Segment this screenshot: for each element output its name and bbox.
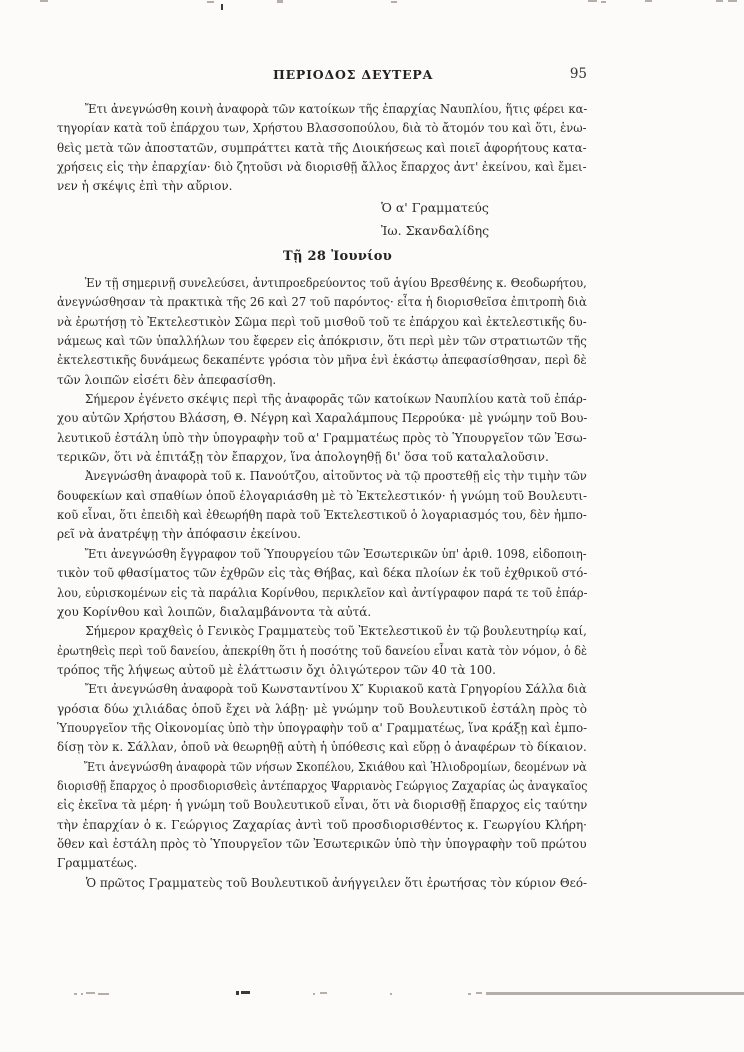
intro-paragraph: Ἔτι ἀνεγνώσθη κοινὴ ἀναφορὰ τῶν κατοίκων… <box>57 100 587 197</box>
text-line: τικὸν τοῦ φθασίματος τῶν ἐχθρῶν εἰς τὰς … <box>57 564 576 583</box>
scan-artifact <box>74 993 77 995</box>
text-line: διορισθῇ ἔπαρχος ὁ προσδιορισθεὶς ἀντέπα… <box>57 777 545 796</box>
text-line: τερικῶν, ὅτι νὰ ἐπιτάξῃ τὸν ἔπαρχον, ἵνα… <box>57 448 587 467</box>
page-number: 95 <box>570 66 587 82</box>
paragraph: Ὁ πρῶτος Γραμματεὺς τοῦ Βουλευτικοῦ ἀνήγ… <box>57 874 587 893</box>
text-line: Γραμματέως. <box>57 854 587 873</box>
scanned-book-page: ΠΕΡΙΟΔΟΣ ΔΕΥΤΕΡΑ 95 Ἔτι ἀνεγνώσθη κοινὴ … <box>0 0 744 1052</box>
scan-artifact <box>476 992 482 994</box>
signature-role: Ὁ α' Γραμματεύς <box>330 197 540 220</box>
text-line: Σήμερον ἐγένετο σκέψις περὶ τῆς ἀναφορᾶς… <box>57 390 570 409</box>
scan-artifact <box>277 0 283 3</box>
text-line: ἐκτελεστικῆς δυνάμεως δεκαπέντε γρόσια τ… <box>57 351 573 370</box>
scan-artifact <box>221 4 223 10</box>
scan-artifact <box>728 0 737 2</box>
paragraph: Σήμερον ἐγένετο σκέψις περὶ τῆς ἀναφορᾶς… <box>57 390 587 467</box>
scan-artifact <box>313 993 315 995</box>
text-line: ἀνεγνώσθησαν τὰ πρακτικὰ τῆς 26 καὶ 27 τ… <box>57 293 568 312</box>
text-line: γρόσια δύω χιλιάδας ὁποῦ ἔχει νὰ λάβῃ· μ… <box>57 700 587 719</box>
text-line: εἰς ἐκεῖνα τὰ μέρη· ἡ γνώμη τοῦ Βουλευτι… <box>57 796 580 815</box>
scan-artifact <box>716 0 723 2</box>
text-line: νεν ἡ σκέψις ἐπὶ τὴν αὔριον. <box>57 177 587 196</box>
text-line: δουφεκίων καὶ σπαθίων ὁποῦ ἐλογαριάσθη μ… <box>57 487 582 506</box>
page-title: ΠΕΡΙΟΔΟΣ ΔΕΥΤΕΡΑ <box>273 67 433 82</box>
paragraph: Ἀνεγνώσθη ἀναφορὰ τοῦ κ. Πανούτζου, αἰτο… <box>57 467 587 544</box>
scan-artifact <box>468 993 471 995</box>
text-line: θεὶς μετὰ τῶν ἀποστατῶν, συμπράττει κατὰ… <box>57 139 580 158</box>
scan-artifact <box>601 1 606 3</box>
scan-artifact <box>391 1 397 3</box>
signature-block: Ὁ α' Γραμματεύς Ἰω. Σκανδαλίδης <box>330 197 540 242</box>
paragraph: Ἔτι ἀνεγνώσθη ἀναφορὰ τοῦ Κωνσταντίνου Χ… <box>57 680 587 757</box>
text-line: Ἀνεγνώσθη ἀναφορὰ τοῦ κ. Πανούτζου, αἰτο… <box>57 467 568 486</box>
session-paragraphs: Ἐν τῇ σημερινῇ συνελεύσει, ἀντιπροεδρεύο… <box>57 274 587 893</box>
text-line: τρόπος τῆς λήψεως αὐτοῦ μὲ ἐλάττωσιν ὄχι… <box>57 661 587 680</box>
text-line: Ὑπουργεῖον τῆς Οἰκονομίας ὑπὸ τὴν ὑπογρα… <box>57 719 573 738</box>
running-head: ΠΕΡΙΟΔΟΣ ΔΕΥΤΕΡΑ 95 <box>57 66 587 84</box>
scan-artifact <box>588 0 597 2</box>
text-line: Ἐν τῇ σημερινῇ συνελεύσει, ἀντιπροεδρεύο… <box>57 274 565 293</box>
text-line: Ὁ πρῶτος Γραμματεὺς τοῦ Βουλευτικοῦ ἀνήγ… <box>57 874 584 893</box>
text-line: δίσῃ τὸν κ. Σάλλαν, ὁποῦ νὰ θεωρηθῇ αὐτὴ… <box>57 738 578 757</box>
scan-artifact <box>98 993 109 995</box>
scan-artifact <box>486 992 744 995</box>
text-line: χου αὐτῶν Χρήστου Βλάσση, Θ. Νέγρη καὶ Χ… <box>57 409 576 428</box>
signature-name: Ἰω. Σκανδαλίδης <box>330 220 540 243</box>
scan-artifact <box>40 0 48 2</box>
paragraph: Σήμερον κραχθεὶς ὁ Γενικὸς Γραμματεὺς το… <box>57 622 587 680</box>
scan-artifact <box>81 993 83 995</box>
text-line: λου, εὑρισκομένων εἰς τὰ παράλια Κορίνθο… <box>57 584 559 603</box>
text-line: νὰ ἐρωτήσῃ τὸ Ἐκτελεστικὸν Σῶμα περὶ τοῦ… <box>57 313 571 332</box>
text-line: Ἔτι ἀνεγνώσθη ἀναφορὰ τοῦ Κωνσταντίνου Χ… <box>57 680 569 699</box>
text-line: Σήμερον κραχθεὶς ὁ Γενικὸς Γραμματεὺς το… <box>57 622 575 641</box>
text-line: χου Κορίνθου καὶ λοιπῶν, διαλαμβάνοντα τ… <box>57 603 587 622</box>
scan-artifact <box>86 992 95 994</box>
text-line: τῶν λοιπῶν εἰσέτι δὲν ἀπεφασίσθη. <box>57 371 587 390</box>
text-line: χρήσεις εἰς τὴν ἐπαρχίαν· διὸ ζητοῦσι νὰ… <box>57 158 571 177</box>
scan-artifact <box>390 993 392 995</box>
scan-artifact <box>645 0 652 2</box>
session-date-heading: Τῇ 28 Ἰουνίου <box>283 249 392 264</box>
text-line: κοῦ εἶναι, ὅτι ἐπειδὴ καὶ ἐθεωρήθη παρὰ … <box>57 506 569 525</box>
scan-artifact <box>207 1 214 3</box>
paragraph: Ἔτι ἀνεγνώσθη ἀναφορὰ τῶν νήσων Σκοπέλου… <box>57 758 587 874</box>
text-line: τηγορίαν κατὰ τοῦ ἐπάρχου των, Χρήστου Β… <box>57 119 564 138</box>
text-line: Ἔτι ἀνεγνώσθη κοινὴ ἀναφορὰ τῶν κατοίκων… <box>57 100 566 119</box>
text-line: ἐρωτηθεὶς περὶ τοῦ δανείου, ἀπεκρίθη ὅτι… <box>57 642 555 661</box>
scan-artifact <box>236 991 239 995</box>
text-line: τὴν ἐπαρχίαν ὁ κ. Γεώργιος Ζαχαρίας ἀντὶ… <box>57 816 587 835</box>
text-line: λευτικοῦ ἐστάλη ὑπὸ τὴν ὑπογραφὴν τοῦ α'… <box>57 429 581 448</box>
scan-artifact <box>241 991 250 994</box>
text-line: νάμεως καὶ τῶν ὑπαλλήλων του ἔφερεν εἰς … <box>57 332 575 351</box>
text-line: ρεῖ νὰ ἀνατρέψῃ τὴν ἀπόφασιν ἐκείνου. <box>57 525 587 544</box>
scan-artifact <box>320 992 327 994</box>
paragraph: Ἐν τῇ σημερινῇ συνελεύσει, ἀντιπροεδρεύο… <box>57 274 587 390</box>
paragraph: Ἔτι ἀνεγνώσθη ἔγγραφον τοῦ Ὑπουργείου τῶ… <box>57 545 587 622</box>
text-line: Ἔτι ἀνεγνώσθη ἔγγραφον τοῦ Ὑπουργείου τῶ… <box>57 545 565 564</box>
text-line: ὅθεν καὶ ἐστάλη πρὸς τὸ Ὑπουργεῖον τῶν Ἐ… <box>57 835 584 854</box>
text-line: Ἔτι ἀνεγνώσθη ἀναφορὰ τῶν νήσων Σκοπέλου… <box>57 758 548 777</box>
